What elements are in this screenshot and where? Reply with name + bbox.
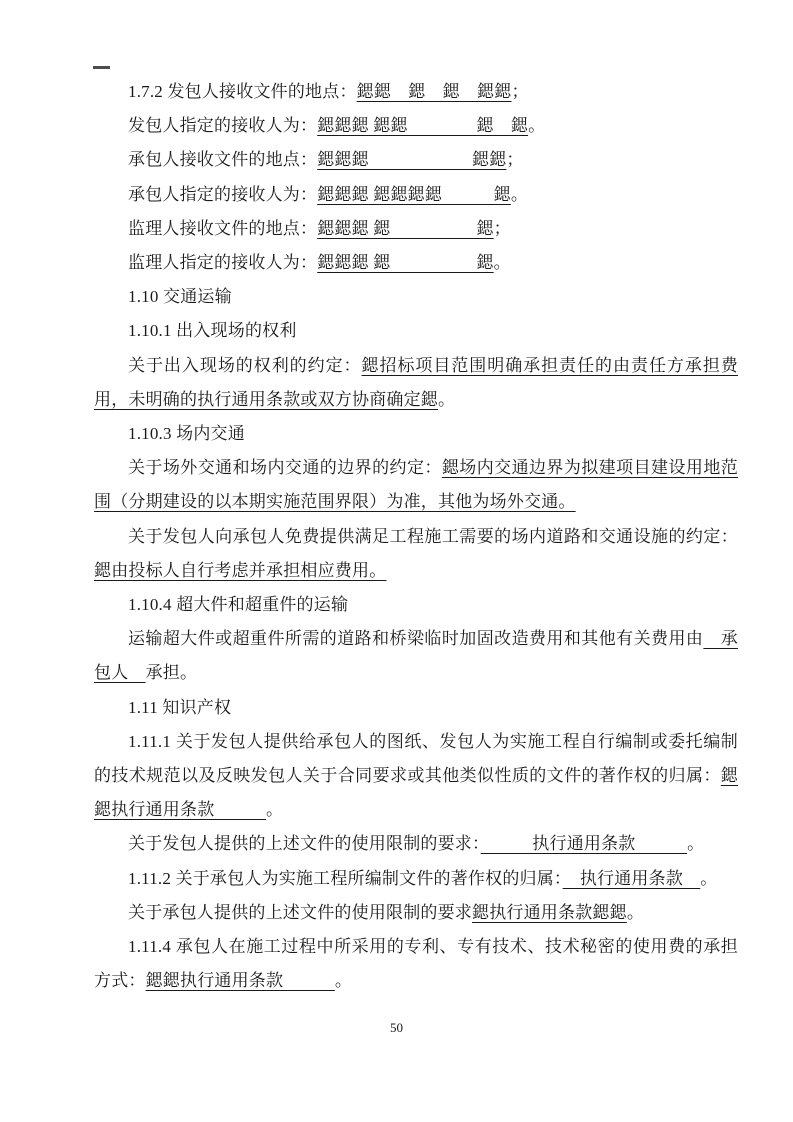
text-segment: 1.7.2 发包人接收文件的地点： xyxy=(128,82,357,101)
text-segment: 承担。 xyxy=(146,663,198,682)
clause-1-11-4-patent-fees: 1.11.4 承包人在施工过程中所采用的专利、专有技术、技术秘密的使用费的承担方… xyxy=(94,930,738,998)
clause-employer-docs-usage-limit: 关于发包人提供的上述文件的使用限制的要求： 执行通用条款 。 xyxy=(94,827,738,861)
text-segment: 。 xyxy=(687,834,704,853)
text-segment: 关于承包人提供的上述文件的使用限制的要求 xyxy=(128,903,472,922)
text-segment: 。 xyxy=(627,903,644,922)
text-segment: 关于发包人向承包人免费提供满足工程施工需要的场内道路和交通设施的约定： xyxy=(128,527,738,546)
underlined-fill-in-text: 鍶鍶鍶 鍶鍶 xyxy=(317,150,506,169)
underlined-fill-in-text: 鍶鍶执行通用条款 xyxy=(146,971,335,990)
text-segment: ； xyxy=(494,219,511,238)
clause-contractor-docs-usage-limit: 关于承包人提供的上述文件的使用限制的要求鍶执行通用条款鍶鍶。 xyxy=(94,896,738,930)
text-segment: 承包人指定的接收人为： xyxy=(128,185,317,204)
underlined-fill-in-text: 鍶鍶鍶 鍶鍶鍶鍶 鍶 xyxy=(317,185,511,204)
text-segment: ； xyxy=(506,150,523,169)
clause-1-7-2-employer-address: 1.7.2 发包人接收文件的地点：鍶鍶 鍶 鍶 鍶鍶； xyxy=(94,75,738,109)
heading-1-11-ip: 1.11 知识产权 xyxy=(94,691,738,725)
underlined-fill-in-text: 执行通用条款 xyxy=(563,869,701,888)
text-segment: 1.11 知识产权 xyxy=(128,698,231,717)
text-segment: 监理人指定的接收人为： xyxy=(128,253,317,272)
heading-1-10-4-oversized-transport: 1.10.4 超大件和超重件的运输 xyxy=(94,588,738,622)
text-segment: 关于出入现场的权利的约定： xyxy=(128,356,362,375)
text-segment: 发包人指定的接收人为： xyxy=(128,116,317,135)
document-content: 1.7.2 发包人接收文件的地点：鍶鍶 鍶 鍶 鍶鍶；发包人指定的接收人为：鍶鍶… xyxy=(94,75,738,998)
clause-employer-recipient: 发包人指定的接收人为：鍶鍶鍶 鍶鍶 鍶 鍶。 xyxy=(94,109,738,143)
text-segment: 监理人接收文件的地点： xyxy=(128,219,317,238)
text-segment: 1.11.2 关于承包人为实施工程所编制文件的著作权的归属： xyxy=(128,869,563,888)
underlined-fill-in-text: 鍶鍶鍶 鍶 鍶 xyxy=(317,219,493,238)
text-segment: 承包人接收文件的地点： xyxy=(128,150,317,169)
clause-free-site-roads: 关于发包人向承包人免费提供满足工程施工需要的场内道路和交通设施的约定：鍶由投标人… xyxy=(94,520,738,588)
heading-1-10-3-site-traffic: 1.10.3 场内交通 xyxy=(94,417,738,451)
text-segment: 1.10.4 超大件和超重件的运输 xyxy=(128,595,348,614)
text-segment: 。 xyxy=(438,390,455,409)
document-page: 1.7.2 发包人接收文件的地点：鍶鍶 鍶 鍶 鍶鍶；发包人指定的接收人为：鍶鍶… xyxy=(0,0,793,1122)
text-segment: ； xyxy=(511,82,528,101)
clause-supervisor-recipient: 监理人指定的接收人为：鍶鍶鍶 鍶 鍶。 xyxy=(94,246,738,280)
underlined-fill-in-text: 鍶鍶 鍶 鍶 鍶鍶 xyxy=(357,82,512,101)
text-segment: 。 xyxy=(511,185,528,204)
page-number: 50 xyxy=(0,1020,793,1036)
text-segment: 1.10.1 出入现场的权利 xyxy=(128,321,297,340)
clause-supervisor-address: 监理人接收文件的地点：鍶鍶鍶 鍶 鍶； xyxy=(94,212,738,246)
text-segment: 。 xyxy=(700,869,717,888)
underlined-fill-in-text: 鍶执行通用条款鍶鍶 xyxy=(472,903,627,922)
text-segment: 关于发包人提供的上述文件的使用限制的要求： xyxy=(128,834,481,853)
page-corner-dash xyxy=(93,66,110,69)
text-segment: 。 xyxy=(528,116,545,135)
clause-contractor-recipient: 承包人指定的接收人为：鍶鍶鍶 鍶鍶鍶鍶 鍶。 xyxy=(94,178,738,212)
underlined-fill-in-text: 执行通用条款 xyxy=(481,834,687,853)
text-segment: 。 xyxy=(494,253,511,272)
clause-1-11-2-contractor-docs-copyright: 1.11.2 关于承包人为实施工程所编制文件的著作权的归属： 执行通用条款 。 xyxy=(94,862,738,896)
heading-1-10-transport: 1.10 交通运输 xyxy=(94,280,738,314)
text-segment: 运输超大件或超重件所需的道路和桥梁临时加固改造费用和其他有关费用由 xyxy=(128,629,703,648)
text-segment: 1.10.3 场内交通 xyxy=(128,424,245,443)
clause-traffic-boundary: 关于场外交通和场内交通的边界的约定：鍶场内交通边界为拟建项目建设用地范围（分期建… xyxy=(94,451,738,519)
underlined-fill-in-text: 鍶由投标人自行考虑并承担相应费用。 xyxy=(94,561,386,580)
text-segment: 。 xyxy=(266,800,283,819)
text-segment: 1.10 交通运输 xyxy=(128,287,232,306)
clause-oversized-cost-bearer: 运输超大件或超重件所需的道路和桥梁临时加固改造费用和其他有关费用由 承包人 承担… xyxy=(94,622,738,690)
text-segment: 。 xyxy=(335,971,352,990)
clause-1-11-1-copyright-ownership: 1.11.1 关于发包人提供给承包人的图纸、发包人为实施工程自行编制或委托编制的… xyxy=(94,725,738,828)
clause-contractor-address: 承包人接收文件的地点：鍶鍶鍶 鍶鍶； xyxy=(94,143,738,177)
underlined-fill-in-text: 鍶鍶鍶 鍶 鍶 xyxy=(317,253,493,272)
text-segment: 关于场外交通和场内交通的边界的约定： xyxy=(128,458,442,477)
heading-1-10-1-site-access: 1.10.1 出入现场的权利 xyxy=(94,314,738,348)
text-segment: 1.11.1 关于发包人提供给承包人的图纸、发包人为实施工程自行编制或委托编制的… xyxy=(94,732,738,785)
clause-site-access-agreement: 关于出入现场的权利的约定：鍶招标项目范围明确承担责任的由责任方承担费用，未明确的… xyxy=(94,349,738,417)
underlined-fill-in-text: 鍶鍶鍶 鍶鍶 鍶 鍶 xyxy=(317,116,528,135)
